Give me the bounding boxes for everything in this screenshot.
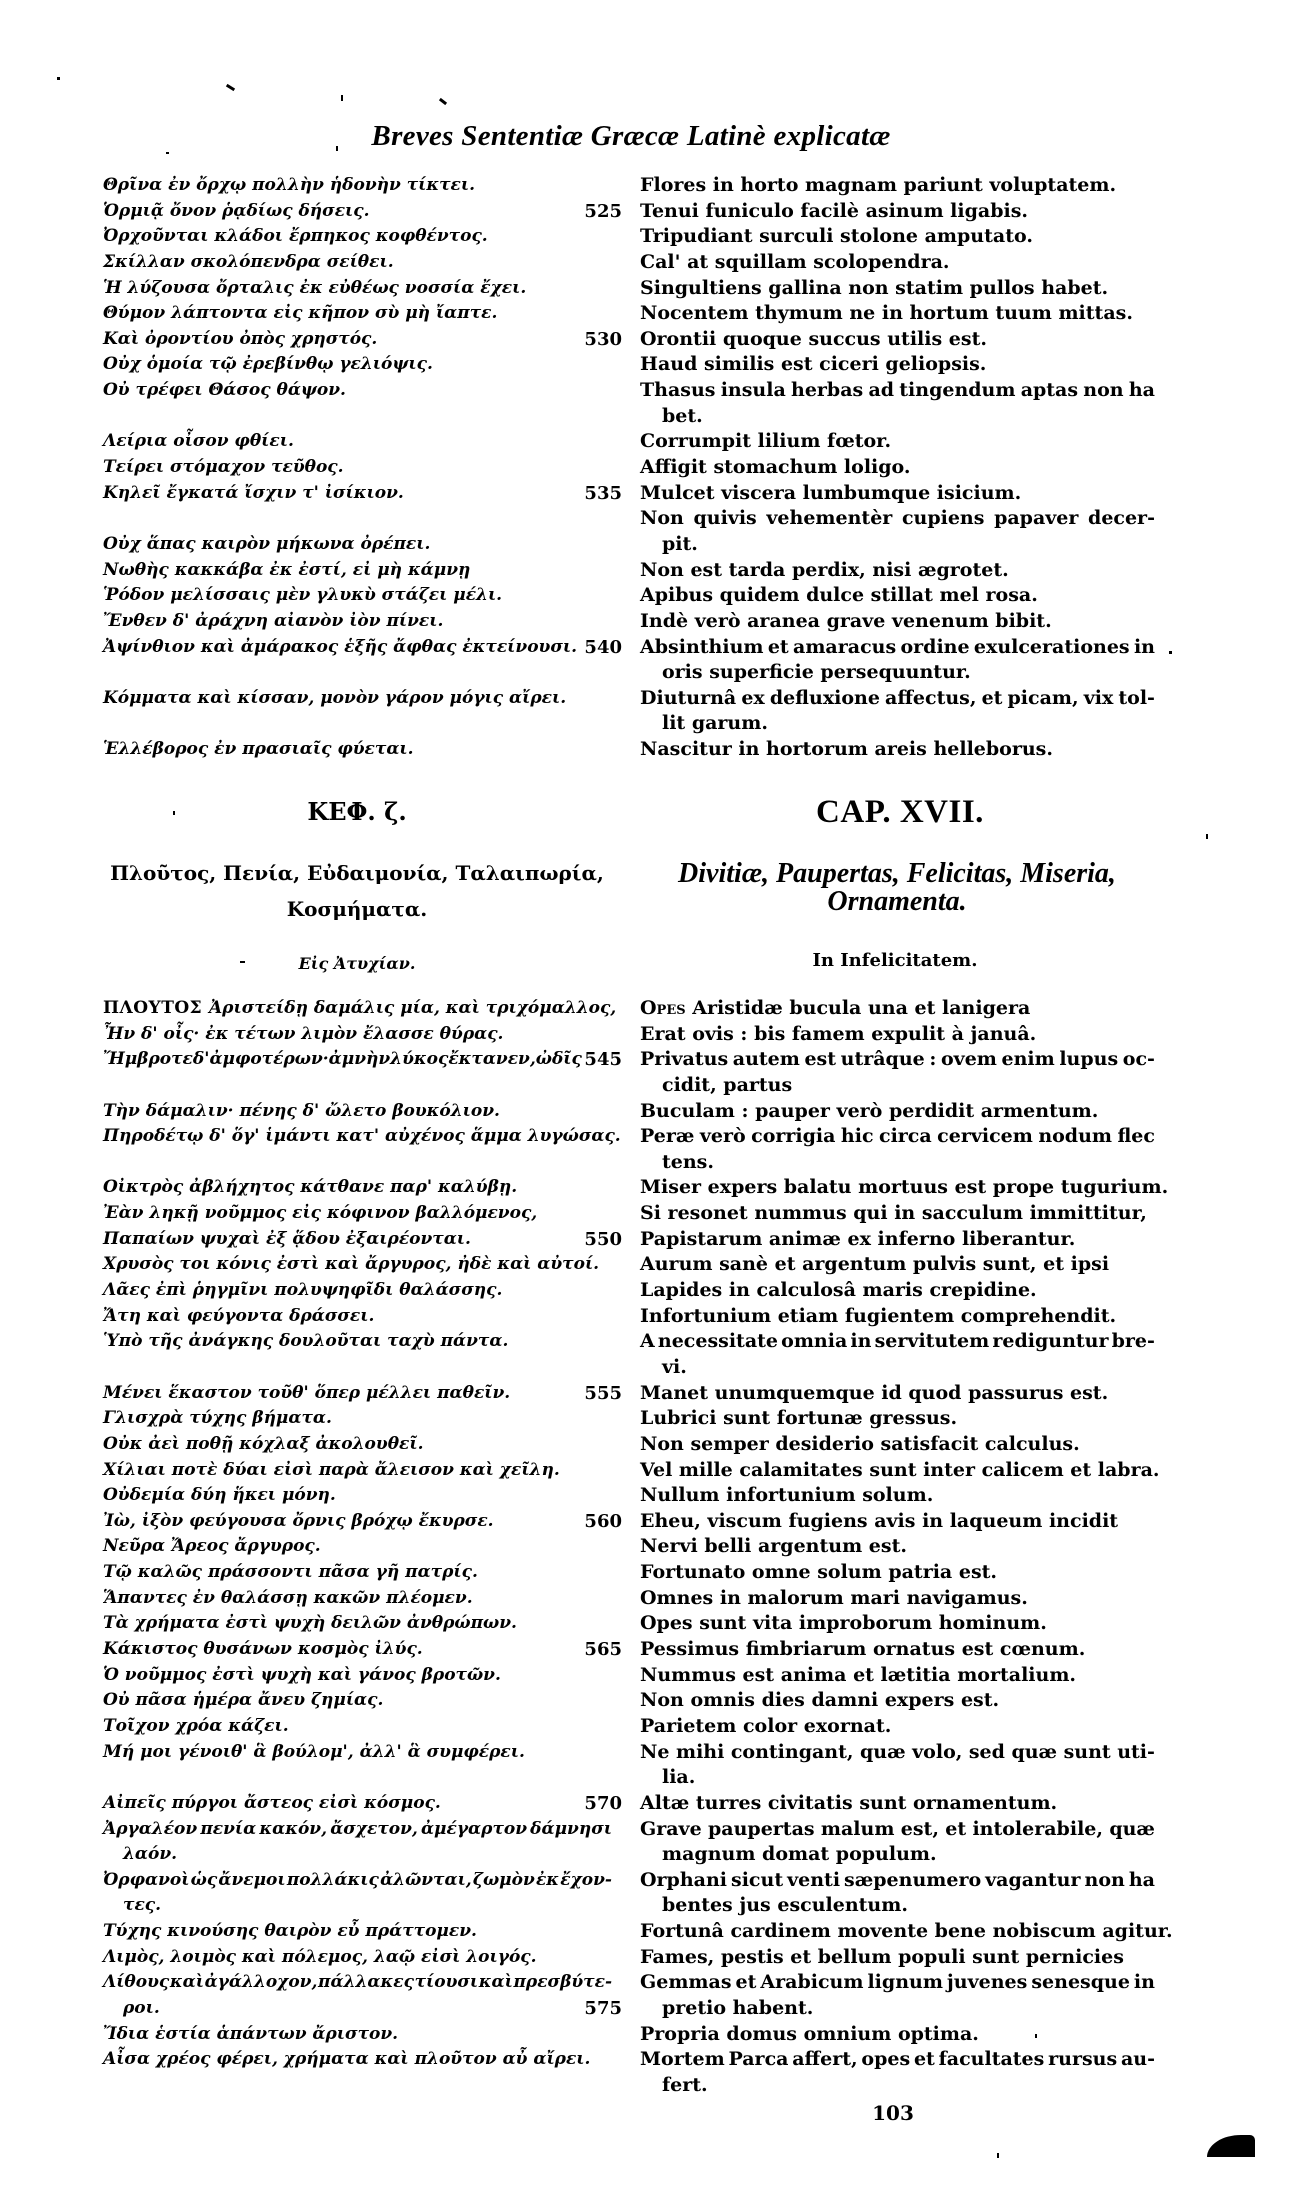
- word: tol-: [1118, 686, 1155, 712]
- word: amaracus: [793, 635, 896, 661]
- latin-text: Manet unumquemque id quod passurus est.: [640, 1382, 1108, 1404]
- latin-text: Indè verò aranea grave venenum bibit.: [640, 610, 1052, 632]
- greek-verse: Ἰὼ, ἰξὸν φεύγουσα ὄρνις βρόχῳ ἔκυρσε.: [103, 1509, 612, 1535]
- latin-text: Erat ovis : bis famem expulit à januâ.: [640, 1023, 1036, 1045]
- latin-text: Non semper desiderio satisfacit calculus…: [640, 1433, 1080, 1455]
- verse-row: Νεῦρα Ἄρεος ἄργυρος.Nervi belli argentum…: [0, 1534, 1300, 1560]
- greek-chapter-label: ΚΕΦ. ζ.: [252, 800, 462, 824]
- greek-verse: Οὐχ ὁμοία τῷ ἐρεβίνθῳ γελιόψις.: [103, 352, 612, 378]
- verse-row: Τὴν δάμαλιν· πένης δ' ὤλετο βουκόλιον.Bu…: [0, 1099, 1300, 1125]
- latin-text: Affigit stomachum loligo.: [640, 456, 911, 478]
- word: herbas: [791, 378, 863, 404]
- word: et: [945, 1817, 966, 1843]
- greek-text: Οἰκτρὸς ἀβλήχητος κάτθανε παρ' καλύβῃ.: [103, 1177, 517, 1197]
- latin-text: pretio habent.: [662, 1997, 813, 2019]
- latin-lemma: Opes: [640, 997, 686, 1019]
- latin-text: pit.: [662, 533, 698, 555]
- latin-text: oris superficie persequuntur.: [662, 661, 971, 683]
- verse-row: Ὀρφανοὶὡςἄνεμοιπολλάκιςἀλῶνται,ζωμὸνἐκἔχ…: [0, 1868, 1300, 1894]
- word: Gemmas: [640, 1970, 732, 1996]
- latin-text: Apibus quidem dulce stillat mel rosa.: [640, 584, 1038, 606]
- word: Ἀργαλέον: [103, 1817, 197, 1843]
- greek-verse: Ἑλλέβορος ἐν πρασιαῖς φύεται.: [103, 737, 612, 763]
- verse-row: λαόν.magnum domat populum.: [0, 1842, 1300, 1868]
- word: quæ: [1011, 1740, 1057, 1766]
- latin-text: GemmasetArabicumlignumjuvenessenesquein: [640, 1970, 1155, 1996]
- greek-verse: Οὐχ ἅπας καιρὸν μήκωνα ὀρέπει.: [103, 532, 612, 558]
- word: λύκος: [390, 1047, 448, 1073]
- latin-verse: Opes sunt vita improborum hominum.: [640, 1611, 1155, 1637]
- verse-row: Αἰπεῖς πύργοι ἄστεος εἰσὶ κόσμος.570Altæ…: [0, 1791, 1300, 1817]
- word: :: [929, 1047, 936, 1073]
- word: contingant,: [731, 1740, 854, 1766]
- word: enim: [1002, 1047, 1055, 1073]
- word: autem: [733, 1047, 800, 1073]
- latin-text: Tenui funiculo facilè asinum ligabis.: [640, 200, 1028, 222]
- latin-verse: Privatusautemestutrâque:ovemenimlupusoc-: [640, 1047, 1155, 1073]
- scan-speck: [226, 84, 235, 91]
- verse-row: fert.: [0, 2073, 1300, 2099]
- greek-text: Αἰπεῖς πύργοι ἄστεος εἰσὶ κόσμος.: [103, 1793, 441, 1813]
- word: uti-: [1117, 1740, 1155, 1766]
- latin-verse: oris superficie persequuntur.: [662, 660, 1155, 686]
- latin-verse: Orphanisicutventisæpenumerovaganturnonha: [640, 1868, 1155, 1894]
- latin-verse: Mulcet viscera lumbumque isicium.: [640, 481, 1155, 507]
- greek-text: Παπαίων ψυχαὶ ἐξ ᾅδου ἐξαιρέονται.: [103, 1229, 471, 1249]
- scan-speck: [341, 95, 343, 101]
- word: aptas: [1021, 378, 1078, 404]
- verse-row: Κάκιστος θυσάνων κοσμὸς ἰλύς.565Pessimus…: [0, 1637, 1300, 1663]
- verse-row: Ἰὼ, ἰξὸν φεύγουσα ὄρνις βρόχῳ ἔκυρσε.560…: [0, 1509, 1300, 1535]
- greek-text: Οὐχ ὁμοία τῷ ἐρεβίνθῳ γελιόψις.: [103, 354, 433, 374]
- line-number: 525: [566, 199, 622, 225]
- greek-text: Θύμον λάπτοντα εἰς κῆπον σὺ μὴ ἴαπτε.: [103, 303, 497, 323]
- greek-verse: Χρυσὸς τοι κόνις ἐστὶ καὶ ἄργυρος, ἠδὲ κ…: [103, 1252, 612, 1278]
- word: volo,: [912, 1740, 962, 1766]
- word: rursus: [1048, 2047, 1117, 2073]
- greek-text: Ὁρμιᾷ ὄνον ῥᾳδίως δήσεις.: [103, 201, 370, 221]
- verse-row: ΠΛΟΥΤΟΣἈριστείδῃ δαμάλις μία, καὶ τριχόμ…: [0, 996, 1300, 1022]
- word: au-: [1121, 2047, 1155, 2073]
- line-number: 565: [566, 1637, 622, 1663]
- word: et: [768, 635, 789, 661]
- greek-text: Τὰ χρήματα ἐστὶ ψυχὴ δειλῶν ἀνθρώπων.: [103, 1613, 517, 1633]
- greek-verse: Ἡ λύζουσα ὄρταλις ἐκ εὐθέως νοσσία ἔχει.: [103, 276, 612, 302]
- verse-row: Σκίλλαν σκολόπενδρα σείθει.Cal' at squil…: [0, 250, 1300, 276]
- greek-verse: Ἅπαντες ἐν θαλάσσῃ κακῶν πλέομεν.: [103, 1586, 612, 1612]
- word: vix: [1084, 686, 1114, 712]
- verse-row: Ὁ νοῦμμος ἐστὶ ψυχὴ καὶ γάνος βροτῶν.Num…: [0, 1663, 1300, 1689]
- latin-text: Nummus est anima et lætitia mortalium.: [640, 1664, 1076, 1686]
- greek-section-subtitle: Εἰς Ἀτυχίαν.: [250, 956, 464, 972]
- greek-verse: Τείρει στόμαχον τεῦθος.: [103, 455, 612, 481]
- greek-verse: Ἦν δ' οἶς· ἐκ τέτων λιμὸν ἔλασσε θύρας.: [103, 1022, 612, 1048]
- word: δάμνησι: [530, 1817, 612, 1843]
- latin-verse: Lubrici sunt fortunæ gressus.: [640, 1406, 1155, 1432]
- latin-text: Nascitur in hortorum areis helleborus.: [640, 738, 1053, 760]
- scan-speck: [166, 152, 169, 154]
- greek-verse: Τοῖχον χρόα κάζει.: [103, 1714, 612, 1740]
- latin-text: Fames, pestis et bellum populi sunt pern…: [640, 1946, 1124, 1968]
- verse-row: Θρῖνα ἐν ὄρχῳ πολλὴν ἡδονὴν τίκτει.Flore…: [0, 173, 1300, 199]
- word: mihi: [676, 1740, 724, 1766]
- latin-text: Gravepaupertasmalumest,etintolerabile,qu…: [640, 1817, 1155, 1843]
- greek-text: Ἰὼ, ἰξὸν φεύγουσα ὄρνις βρόχῳ ἔκυρσε.: [103, 1511, 494, 1531]
- word: sicut: [731, 1868, 783, 1894]
- word: bre-: [1112, 1329, 1155, 1355]
- verse-row: τες.bentes jus esculentum.: [0, 1893, 1300, 1919]
- latin-text: Absinthiumetamaracusordineexulcerationes…: [640, 635, 1155, 661]
- greek-verse: Κόμματα καὶ κίσσαν, μονὸν γάρον μόγις αἴ…: [103, 686, 612, 712]
- word: decer-: [1088, 506, 1155, 532]
- word: Ne: [640, 1740, 669, 1766]
- word: juvenes: [947, 1970, 1027, 1996]
- latin-verse: Aurum sanè et argentum pulvis sunt, et i…: [640, 1252, 1155, 1278]
- word: venti: [787, 1868, 840, 1894]
- word: servitutem: [875, 1329, 990, 1355]
- verse-row: Οὐδεμία δύη ἥκει μόνη.Nullum infortunium…: [0, 1483, 1300, 1509]
- latin-verse: Infortunium etiam fugientem comprehendit…: [640, 1304, 1155, 1330]
- word: in: [850, 1329, 871, 1355]
- scan-ink-blot: [1207, 2135, 1255, 2157]
- word: ha: [1129, 1868, 1155, 1894]
- greek-text: Ὁ νοῦμμος ἐστὶ ψυχὴ καὶ γάνος βροτῶν.: [103, 1665, 501, 1685]
- greek-verse: ροι.: [123, 1996, 612, 2022]
- greek-text: Αἶσα χρέος φέρει, χρήματα καὶ πλοῦτον αὖ…: [103, 2049, 590, 2069]
- word: et: [736, 1970, 757, 1996]
- greek-verse: Ὁρμιᾷ ὄνον ῥᾳδίως δήσεις.: [103, 199, 612, 225]
- latin-verse: Absinthiumetamaracusordineexulcerationes…: [640, 635, 1155, 661]
- latin-verse: Altæ turres civitatis sunt ornamentum.: [640, 1791, 1155, 1817]
- latin-verse: Buculam : pauper verò perdidit armentum.: [640, 1099, 1155, 1125]
- verse-row: Ἡ λύζουσα ὄρταλις ἐκ εὐθέως νοσσία ἔχει.…: [0, 276, 1300, 302]
- word: ἄσχετον,: [330, 1817, 418, 1843]
- verse-row: Τοῖχον χρόα κάζει.Parietem color exornat…: [0, 1714, 1300, 1740]
- line-number: 560: [566, 1509, 622, 1535]
- verse-row: cidit, partus: [0, 1073, 1300, 1099]
- word: paupertas: [708, 1817, 815, 1843]
- word: necessitate: [658, 1329, 778, 1355]
- latin-verse: Pessimus fimbriarum ornatus est cœnum.: [640, 1637, 1155, 1663]
- verse-row: Οἰκτρὸς ἀβλήχητος κάτθανε παρ' καλύβῃ.Mi…: [0, 1175, 1300, 1201]
- word: κακόν,: [259, 1817, 327, 1843]
- latin-verse: magnum domat populum.: [662, 1842, 1155, 1868]
- latin-verse: Peræveròcorrigiahiccircacervicemnodumfle…: [640, 1124, 1155, 1150]
- latin-verse: Haud similis est ciceri geliopsis.: [640, 352, 1155, 378]
- verses-block-1: Θρῖνα ἐν ὄρχῳ πολλὴν ἡδονὴν τίκτει.Flore…: [0, 173, 1300, 763]
- word: ordine: [900, 635, 969, 661]
- greek-text: Τὴν δάμαλιν· πένης δ' ὤλετο βουκόλιον.: [103, 1101, 500, 1121]
- line-number: 555: [566, 1381, 622, 1407]
- latin-verse: Nascitur in hortorum areis helleborus.: [640, 737, 1155, 763]
- latin-verse: Orontii quoque succus utilis est.: [640, 327, 1155, 353]
- word: verò: [700, 1124, 746, 1150]
- latin-verse: Nullum infortunium solum.: [640, 1483, 1155, 1509]
- greek-text: Ἐὰν ληκῇ νοῦμμος εἰς κόφινον βαλλόμενος,: [103, 1203, 537, 1223]
- latin-verse: lia.: [662, 1765, 1155, 1791]
- word: sunt: [1064, 1740, 1111, 1766]
- latin-verse: tens.: [662, 1150, 1155, 1176]
- word: πολλάκις: [287, 1868, 379, 1894]
- latin-section-subtitle: In Infelicitatem.: [780, 952, 1010, 970]
- latin-text: Anecessitateomniainservitutemredigunturb…: [640, 1329, 1155, 1355]
- greek-text: Σκίλλαν σκολόπενδρα σείθει.: [103, 252, 394, 272]
- word: vagantur: [985, 1868, 1080, 1894]
- latin-verse: fert.: [662, 2073, 1155, 2099]
- greek-verse: Ἴδια ἑστία ἁπάντων ἄριστον.: [103, 2022, 612, 2048]
- latin-verse: Fortunato omne solum patria est.: [640, 1560, 1155, 1586]
- greek-verse: Λᾶες ἐπὶ ῥηγμῖνι πολυψηφῖδι θαλάσσης.: [103, 1278, 612, 1304]
- latin-verse: Nonquivisvehementèrcupienspapaverdecer-: [640, 506, 1155, 532]
- greek-verse: Ἐὰν ληκῇ νοῦμμος εἰς κόφινον βαλλόμενος,: [103, 1201, 612, 1227]
- word: est: [804, 1047, 836, 1073]
- greek-text: Ἔνθεν δ' ἀράχνη αἰανὸν ἰὸν πίνει.: [103, 611, 443, 631]
- verse-row: Χρυσὸς τοι κόνις ἐστὶ καὶ ἄργυρος, ἠδὲ κ…: [0, 1252, 1300, 1278]
- greek-verse: Κάκιστος θυσάνων κοσμὸς ἰλύς.: [103, 1637, 612, 1663]
- latin-verse: Tenui funiculo facilè asinum ligabis.: [640, 199, 1155, 225]
- book-page: Breves Sententiæ Græcæ Latinè explicatæ …: [0, 0, 1300, 2185]
- word: tingendum: [899, 378, 1015, 404]
- scan-speck: [997, 2153, 999, 2158]
- greek-text: Πηροδέτῳ δ' ὅγ' ἱμάντι κατ' αὐχένος ἅμμα…: [103, 1126, 621, 1146]
- latin-text: Fortunâ cardinem movente bene nobiscum a…: [640, 1920, 1173, 1942]
- greek-text: Ἀψίνθιον καὶ ἀμάρακος ἑξῆς ἄφθας ἐκτείνο…: [103, 637, 577, 657]
- word: affectus,: [885, 686, 976, 712]
- word: non: [1085, 1868, 1125, 1894]
- scan-speck: [1206, 834, 1208, 839]
- latin-verse: Nummus est anima et lætitia mortalium.: [640, 1663, 1155, 1689]
- greek-verse: Χίλιαι ποτὲ δύαι εἰσὶ παρὰ ἄλεισον καὶ χ…: [103, 1458, 612, 1484]
- word: Thasus: [640, 378, 715, 404]
- verse-row: Μή μοι γένοιθ' ἃ βούλομ', ἀλλ' ἃ συμφέρε…: [0, 1740, 1300, 1766]
- greek-text: Ἡ λύζουσα ὄρταλις ἐκ εὐθέως νοσσία ἔχει.: [103, 278, 526, 298]
- greek-text: Ἀργαλέονπενίακακόν,ἄσχετον,ἀμέγαρτονδάμν…: [103, 1817, 612, 1843]
- greek-verse: Λίθουςκαὶἀγάλλοχον,πάλλακεςτίουσικαὶπρεσ…: [103, 1970, 612, 1996]
- verse-row: Οὐχ ὁμοία τῷ ἐρεβίνθῳ γελιόψις.Haud simi…: [0, 352, 1300, 378]
- latin-chapter-title-line1: Divitiæ, Paupertas, Felicitas, Miseria,: [634, 860, 1160, 888]
- latin-verse: lit garum.: [662, 711, 1155, 737]
- word: Parca: [728, 2047, 788, 2073]
- greek-text: Ἴδια ἑστία ἁπάντων ἄριστον.: [103, 2024, 398, 2044]
- greek-text: Νωθὴς κακκάβα ἐκ ἐστί, εἰ μὴ κάμνῃ: [103, 560, 470, 580]
- verse-row: Ἄτη καὶ φεύγοντα δράσσει.Infortunium eti…: [0, 1304, 1300, 1330]
- latin-verse: Non omnis dies damni expers est.: [640, 1688, 1155, 1714]
- greek-text: Ὀρχοῦνται κλάδοι ἔρπηκος κοφθέντος.: [103, 226, 488, 246]
- latin-verse: Nervi belli argentum est.: [640, 1534, 1155, 1560]
- greek-verse: ΠΛΟΥΤΟΣἈριστείδῃ δαμάλις μία, καὶ τριχόμ…: [103, 996, 612, 1022]
- latin-text: lia.: [662, 1766, 695, 1788]
- word: et: [982, 686, 1003, 712]
- greek-verse: Οἰκτρὸς ἀβλήχητος κάτθανε παρ' καλύβῃ.: [103, 1175, 612, 1201]
- word: omnia: [781, 1329, 847, 1355]
- verse-row: Λᾶες ἐπὶ ῥηγμῖνι πολυψηφῖδι θαλάσσης.Lap…: [0, 1278, 1300, 1304]
- latin-verse: pretio habent.: [662, 1996, 1155, 2022]
- latin-text: Flores in horto magnam pariunt voluptate…: [640, 174, 1116, 196]
- verse-row: Ὁρμιᾷ ὄνον ῥᾳδίως δήσεις.525Tenui funicu…: [0, 199, 1300, 225]
- greek-text: Ἅπαντες ἐν θαλάσσῃ κακῶν πλέομεν.: [103, 1588, 473, 1608]
- word: ἄνεμοι: [218, 1868, 285, 1894]
- latin-verse: Affigit stomachum loligo.: [640, 455, 1155, 481]
- latin-text: Propria domus omnium optima.: [640, 2023, 979, 2045]
- word: insula: [721, 378, 786, 404]
- word: πρεσβύτε-: [513, 1970, 612, 1996]
- latin-verse: Gravepaupertasmalumest,etintolerabile,qu…: [640, 1817, 1155, 1843]
- verse-row: Τείρει στόμαχον τεῦθος.Affigit stomachum…: [0, 455, 1300, 481]
- verse-row: Ἅπαντες ἐν θαλάσσῃ κακῶν πλέομεν.Omnes i…: [0, 1586, 1300, 1612]
- word: ἔκτανεν,: [448, 1047, 535, 1073]
- greek-text: Ἑλλέβορος ἐν πρασιαῖς φύεται.: [103, 739, 414, 759]
- verse-row: Θύμον λάπτοντα εἰς κῆπον σὺ μὴ ἴαπτε.Noc…: [0, 301, 1300, 327]
- latin-text: Privatusautemestutrâque:ovemenimlupusoc-: [640, 1047, 1155, 1073]
- greek-verse: Παπαίων ψυχαὶ ἐξ ᾅδου ἐξαιρέονται.: [103, 1227, 612, 1253]
- word: τίουσι: [415, 1970, 479, 1996]
- greek-verse: Μένει ἕκαστον τοῦθ' ὅπερ μέλλει παθεῖν.: [103, 1381, 612, 1407]
- latin-verse: Omnes in malorum mari navigamus.: [640, 1586, 1155, 1612]
- latin-text: tens.: [662, 1151, 714, 1173]
- greek-text: Οὐχ ἅπας καιρὸν μήκωνα ὀρέπει.: [103, 534, 430, 554]
- latin-verse: Indè verò aranea grave venenum bibit.: [640, 609, 1155, 635]
- greek-verse: Λείρια οἶσον φθίει.: [103, 429, 612, 455]
- greek-verse: Ἀργαλέονπενίακακόν,ἄσχετον,ἀμέγαρτονδάμν…: [103, 1817, 612, 1843]
- latin-text: Thasusinsulaherbasadtingendumaptasnonha: [640, 378, 1155, 404]
- latin-verse: Propria domus omnium optima.: [640, 2022, 1155, 2048]
- latin-text: Eheu, viscum fugiens avis in laqueum inc…: [640, 1510, 1118, 1532]
- latin-text: Non omnis dies damni expers est.: [640, 1689, 999, 1711]
- latin-verse: Papistarum animæ ex inferno liberantur.: [640, 1227, 1155, 1253]
- latin-verse: cidit, partus: [662, 1073, 1155, 1099]
- latin-verse: Non semper desiderio satisfacit calculus…: [640, 1432, 1155, 1458]
- latin-verse: Diuturnâexdefluxioneaffectus,etpicam,vix…: [640, 686, 1155, 712]
- greek-verse: Σκίλλαν σκολόπενδρα σείθει.: [103, 250, 612, 276]
- latin-text: magnum domat populum.: [662, 1843, 937, 1865]
- verse-row: Ἑλλέβορος ἐν πρασιαῖς φύεται.Nascitur in…: [0, 737, 1300, 763]
- line-number: 545: [566, 1047, 622, 1073]
- latin-verse: Lapides in calculosâ maris crepidine.: [640, 1278, 1155, 1304]
- word: ἀμφοτέρων·: [209, 1047, 328, 1073]
- latin-verse: Parietem color exornat.: [640, 1714, 1155, 1740]
- greek-text: Λιμὸς, λοιμὸς καὶ πόλεμος, λαῷ εἰσὶ λοιγ…: [103, 1947, 537, 1967]
- verse-row: Οὐ τρέφει Θάσος θάψον.Thasusinsulaherbas…: [0, 378, 1300, 404]
- latin-text: Tripudiant surculi stolone amputato.: [640, 225, 1033, 247]
- latin-chapter-title: Divitiæ, Paupertas, Felicitas, Miseria, …: [634, 860, 1160, 916]
- verse-row: Τὰ χρήματα ἐστὶ ψυχὴ δειλῶν ἀνθρώπων.Ope…: [0, 1611, 1300, 1637]
- word: Absinthium: [640, 635, 763, 661]
- greek-text: Οὐ πᾶσα ἡμέρα ἄνευ ζημίας.: [103, 1690, 383, 1710]
- greek-text: τες.: [123, 1895, 161, 1915]
- word: in: [1134, 635, 1155, 661]
- latin-text: Aurum sanè et argentum pulvis sunt, et i…: [640, 1253, 1109, 1275]
- greek-text: Λίθουςκαὶἀγάλλοχον,πάλλακεςτίουσικαὶπρεσ…: [103, 1970, 612, 1996]
- greek-verse: Ὁ νοῦμμος ἐστὶ ψυχὴ καὶ γάνος βροτῶν.: [103, 1663, 612, 1689]
- verses-block-2: ΠΛΟΥΤΟΣἈριστείδῃ δαμάλις μία, καὶ τριχόμ…: [0, 996, 1300, 2099]
- line-number: 575: [566, 1996, 622, 2022]
- scan-speck: [57, 77, 60, 80]
- word: facultates: [939, 2047, 1045, 2073]
- greek-text: Λείρια οἶσον φθίει.: [103, 431, 294, 451]
- word: πενία: [200, 1817, 256, 1843]
- latin-verse: Tripudiant surculi stolone amputato.: [640, 224, 1155, 250]
- word: καὶ: [479, 1970, 513, 1996]
- word: lignum: [867, 1970, 942, 1996]
- latin-text: Opes sunt vita improborum hominum.: [640, 1612, 1047, 1634]
- word: Arabicum: [760, 1970, 863, 1996]
- word: flec: [1117, 1124, 1154, 1150]
- word: malum: [821, 1817, 895, 1843]
- verse-row: Ἐὰν ληκῇ νοῦμμος εἰς κόφινον βαλλόμενος,…: [0, 1201, 1300, 1227]
- line-number: 570: [566, 1791, 622, 1817]
- running-title: Breves Sententiæ Græcæ Latinè explicatæ: [0, 122, 1262, 151]
- word: corrigia: [751, 1124, 835, 1150]
- latin-verse: Erat ovis : bis famem expulit à januâ.: [640, 1022, 1155, 1048]
- greek-verse: Τὴν δάμαλιν· πένης δ' ὤλετο βουκόλιον.: [103, 1099, 612, 1125]
- latin-text: Omnes in malorum mari navigamus.: [640, 1587, 1028, 1609]
- word: ha: [1129, 378, 1155, 404]
- latin-text: Nullum infortunium solum.: [640, 1484, 933, 1506]
- latin-text: Vel mille calamitates sunt inter calicem…: [640, 1459, 1160, 1481]
- word: Mortem: [640, 2047, 725, 2073]
- greek-text: Καὶ ὀροντίου ὀπὸς χρηστός.: [103, 329, 377, 349]
- latin-verse: Fortunâ cardinem movente bene nobiscum a…: [640, 1919, 1155, 1945]
- greek-verse: Καὶ ὀροντίου ὀπὸς χρηστός.: [103, 327, 612, 353]
- greek-verse: Θύμον λάπτοντα εἰς κῆπον σὺ μὴ ἴαπτε.: [103, 301, 612, 327]
- word: opes: [861, 2047, 910, 2073]
- latin-text: Parietem color exornat.: [640, 1715, 891, 1737]
- verse-row: Ἤμβροτεδ'ἀμφοτέρων·ἀμνὴνλύκοςἔκτανεν,ὠδῖ…: [0, 1047, 1300, 1073]
- word: δ': [193, 1047, 210, 1073]
- verse-row: vi.: [0, 1355, 1300, 1381]
- verse-row: Νωθὴς κακκάβα ἐκ ἐστί, εἰ μὴ κάμνῃNon es…: [0, 558, 1300, 584]
- word: sæpenumero: [844, 1868, 981, 1894]
- greek-text: Ὑπὸ τῆς ἀνάγκης δουλοῦται ταχὺ πάντα.: [103, 1331, 508, 1351]
- greek-text: Θρῖνα ἐν ὄρχῳ πολλὴν ἡδονὴν τίκτει.: [103, 175, 475, 195]
- greek-verse: Θρῖνα ἐν ὄρχῳ πολλὴν ἡδονὴν τίκτει.: [103, 173, 612, 199]
- greek-verse: Αἰπεῖς πύργοι ἄστεος εἰσὶ κόσμος.: [103, 1791, 612, 1817]
- greek-verse: Γλισχρὰ τύχης βήματα.: [103, 1406, 612, 1432]
- greek-text: Μένει ἕκαστον τοῦθ' ὅπερ μέλλει παθεῖν.: [103, 1383, 510, 1403]
- line-number: 530: [566, 327, 622, 353]
- latin-text: Pessimus fimbriarum ornatus est cœnum.: [640, 1638, 1085, 1660]
- latin-text: Orphanisicutventisæpenumerovaganturnonha: [640, 1868, 1155, 1894]
- verse-row: Τύχης κινούσης θαιρὸν εὖ πράττομεν.Fortu…: [0, 1919, 1300, 1945]
- word: hic: [841, 1124, 874, 1150]
- verse-row: lit garum.: [0, 711, 1300, 737]
- latin-text: Lubrici sunt fortunæ gressus.: [640, 1407, 957, 1429]
- greek-verse: Τὰ χρήματα ἐστὶ ψυχὴ δειλῶν ἀνθρώπων.: [103, 1611, 612, 1637]
- verse-row: Λίθουςκαὶἀγάλλοχον,πάλλακεςτίουσικαὶπρεσ…: [0, 1970, 1300, 1996]
- word: sed: [969, 1740, 1005, 1766]
- word: papaver: [994, 506, 1078, 532]
- greek-text: Οὐδεμία δύη ἥκει μόνη.: [103, 1485, 336, 1505]
- verse-row: Τῷ καλῶς πράσσοντι πᾶσα γῆ πατρίς.Fortun…: [0, 1560, 1300, 1586]
- verse-row: Καὶ ὀροντίου ὀπὸς χρηστός.530Orontii quo…: [0, 327, 1300, 353]
- latin-verse: Nocentem thymum ne in hortum tuum mittas…: [640, 301, 1155, 327]
- verse-row: Ἔνθεν δ' ἀράχνη αἰανὸν ἰὸν πίνει.Indè ve…: [0, 609, 1300, 635]
- word: Orphani: [640, 1868, 727, 1894]
- verse-row: Ἀψίνθιον καὶ ἀμάρακος ἑξῆς ἄφθας ἐκτείνο…: [0, 635, 1300, 661]
- verse-row: Μένει ἕκαστον τοῦθ' ὅπερ μέλλει παθεῖν.5…: [0, 1381, 1300, 1407]
- greek-chapter-title: Πλοῦτος, Πενία, Εὐδαιμονία, Ταλαιπωρία, …: [96, 855, 618, 927]
- verse-row: Ῥόδον μελίσσαις μὲν γλυκὺ στάζει μέλι.Ap…: [0, 583, 1300, 609]
- latin-text: Corrumpit lilium fœtor.: [640, 430, 891, 452]
- greek-verse: Οὐ τρέφει Θάσος θάψον.: [103, 378, 612, 404]
- greek-text: Ὀρφανοὶὡςἄνεμοιπολλάκιςἀλῶνται,ζωμὸνἐκἔχ…: [103, 1868, 612, 1894]
- latin-verse: Thasusinsulaherbasadtingendumaptasnonha: [640, 378, 1155, 404]
- word: quæ: [1109, 1817, 1155, 1843]
- greek-lemma: ΠΛΟΥΤΟΣ: [103, 998, 202, 1018]
- latin-text: Lapides in calculosâ maris crepidine.: [640, 1279, 1037, 1301]
- latin-chapter-title-line2: Ornamenta.: [634, 888, 1160, 916]
- greek-text: Ἦν δ' οἶς· ἐκ τέτων λιμὸν ἔλασσε θύρας.: [103, 1024, 503, 1044]
